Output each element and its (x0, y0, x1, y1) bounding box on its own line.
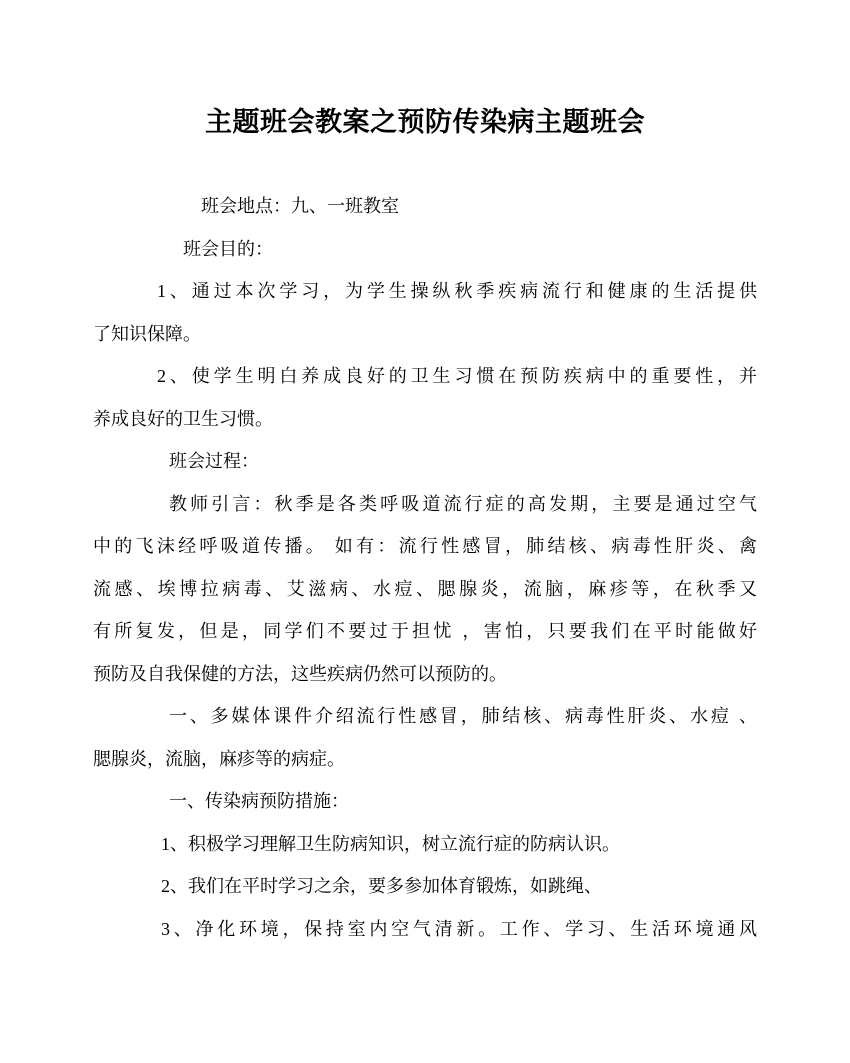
line-prevention-heading: 一、传染病预防措施： (93, 780, 757, 823)
line-teacher-intro-a: 教师引言：秋季是各类呼吸道流行症的高发期，主要是通过空气 (93, 483, 757, 526)
line-courseware-a: 一、多媒体课件介绍流行性感冒，肺结核、病毒性肝炎、水痘 、 (93, 695, 757, 738)
line-process-heading: 班会过程： (93, 440, 757, 483)
document-body: 班会地点：九、一班教室 班会目的： 1、通过本次学习，为学生操纵秋季疾病流行和健… (93, 185, 757, 950)
line-teacher-intro-c: 流感、埃博拉病毒、艾滋病、水痘、腮腺炎，流脑，麻疹等，在秋季又 (93, 568, 757, 611)
line-purpose-item1-b: 了知识保障。 (93, 313, 757, 356)
line-teacher-intro-d: 有所复发，但是，同学们不要过于担忧 ，害怕，只要我们在平时能做好 (93, 610, 757, 653)
document-title: 主题班会教案之预防传染病主题班会 (0, 104, 850, 140)
line-purpose-item2-a: 2、使学生明白养成良好的卫生习惯在预防疾病中的重要性，并 (93, 355, 757, 398)
line-teacher-intro-b: 中的飞沫经呼吸道传播。 如有：流行性感冒，肺结核、病毒性肝炎、禽 (93, 525, 757, 568)
line-prevention-item3: 3、净化环境，保持室内空气清新。工作、学习、生活环境通风 (93, 908, 757, 951)
document-page: 主题班会教案之预防传染病主题班会 班会地点：九、一班教室 班会目的： 1、通过本… (0, 0, 850, 1063)
line-meeting-location: 班会地点：九、一班教室 (93, 185, 757, 228)
line-teacher-intro-e: 预防及自我保健的方法，这些疾病仍然可以预防的。 (93, 653, 757, 696)
line-courseware-b: 腮腺炎，流脑，麻疹等的病症。 (93, 738, 757, 781)
line-purpose-heading: 班会目的： (93, 228, 757, 271)
line-prevention-item2: 2、我们在平时学习之余，要多参加体育锻炼，如跳绳、 (93, 865, 757, 908)
line-prevention-item1: 1、积极学习理解卫生防病知识，树立流行症的防病认识。 (93, 823, 757, 866)
line-purpose-item2-b: 养成良好的卫生习惯。 (93, 398, 757, 441)
line-purpose-item1-a: 1、通过本次学习，为学生操纵秋季疾病流行和健康的生活提供 (93, 270, 757, 313)
